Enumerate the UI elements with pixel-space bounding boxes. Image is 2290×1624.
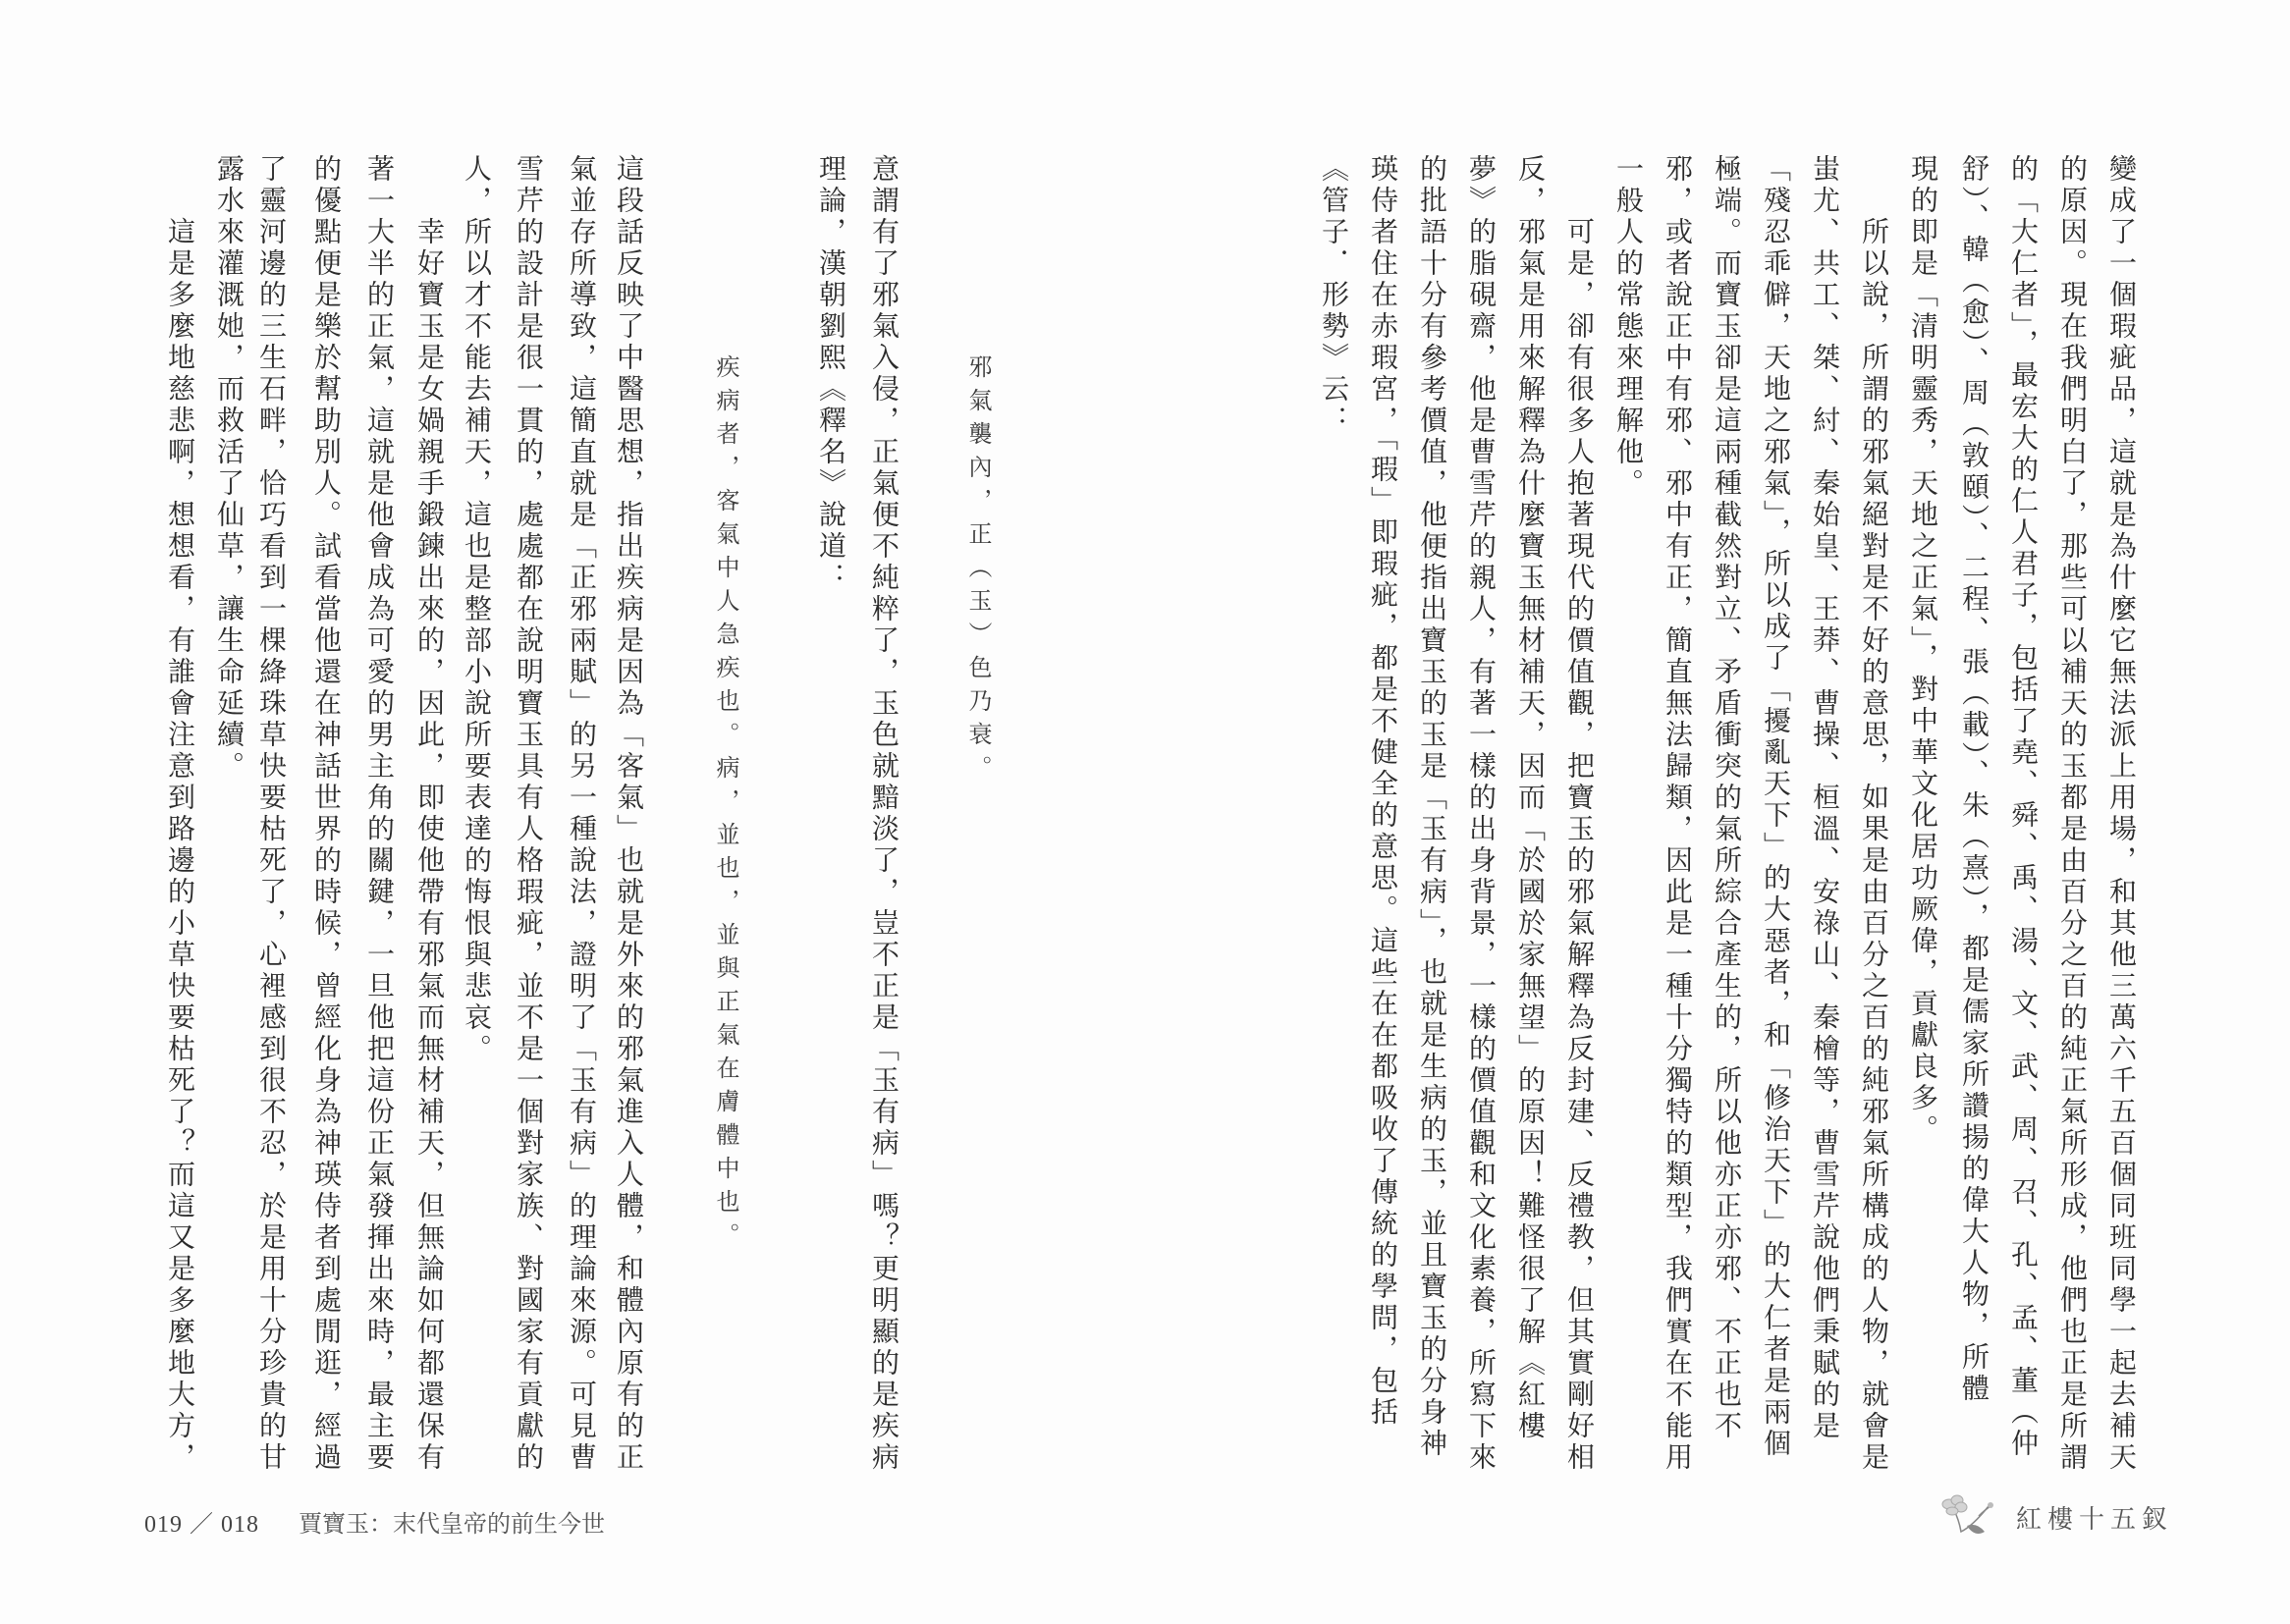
text-column: 極端。而寶玉卻是這兩種截然對立、矛盾衝突的氣所綜合產生的，所以他亦正亦邪、不正也… (1710, 154, 1743, 1442)
text-column: 了靈河邊的三生石畔，恰巧看到一棵絳珠草快要枯死了，心裡感到很不忍，於是用十分珍貴… (254, 154, 288, 1474)
series-title: 紅樓十五釵 (2016, 1499, 2173, 1536)
flower-branch-icon (1939, 1492, 2002, 1542)
text-column: 意謂有了邪氣入侵，正氣便不純粹了，玉色就黯淡了，豈不正是「玉有病」嗎？更明顯的是… (867, 154, 900, 1474)
text-column: 舒）、韓（愈）、周（敦頤）、二程、張（載）、朱（熹），都是儒家所讚揚的偉大人物，… (1957, 154, 1990, 1405)
right-page: 變成了一個瑕疵品，這就是為什麼它無法派上用場，和其他三萬六千五百個同班同學一起去… (1145, 0, 2290, 1624)
text-column: 幸好寶玉是女媧親手鍛鍊出來的，因此，即使他帶有邪氣而無材補天，但無論如何都還保有 (412, 217, 446, 1474)
text-column: 所以說，所謂的邪氣絕對是不好的意思，如果是由百分之百的純邪氣所構成的人物，就會是 (1857, 217, 1890, 1474)
text-column: 人，所以才不能去補天，這也是整部小說所要表達的悔恨與悲哀。 (460, 154, 493, 1065)
text-column: 的優點便是樂於幫助別人。試看當他還在神話世界的時候，曾經化身為神瑛侍者到處閒逛，… (309, 154, 343, 1474)
book-spread: 邪氣襲內，正（玉）色乃衰。意謂有了邪氣入侵，正氣便不純粹了，玉色就黯淡了，豈不正… (0, 0, 2290, 1624)
text-column: 一般人的常態來理解他。 (1611, 154, 1645, 500)
text-column: 「殘忍乖僻，天地之邪氣」，所以成了「擾亂天下」的大惡者，和「修治天下」的大仁者是… (1759, 154, 1792, 1460)
text-column: 《管子．形勢》云： (1317, 154, 1350, 437)
text-column: 雪芹的設計是很一貫的，處處都在說明寶玉具有人格瑕疵，並不是一個對家族、對國家有貢… (512, 154, 545, 1474)
page-numbers: 019 ／ 018 (144, 1504, 259, 1539)
text-column: 蚩尤、共工、桀、紂、秦始皇、王莽、曹操、桓溫、安祿山、秦檜等，曹雪芹說他們秉賦的… (1808, 154, 1841, 1442)
text-column: 反，邪氣是用來解釋為什麼寶玉無材補天，因而「於國於家無望」的原因！難怪很了解《紅… (1513, 154, 1547, 1442)
text-column: 這是多麼地慈悲啊，想想看，有誰會注意到路邊的小草快要枯死了？而這又是多麼地大方， (163, 217, 196, 1474)
left-page: 邪氣襲內，正（玉）色乃衰。意謂有了邪氣入侵，正氣便不純粹了，玉色就黯淡了，豈不正… (0, 0, 1145, 1624)
text-column: 瑛侍者住在赤瑕宮，「瑕」即瑕疵，都是不健全的意思。這些在在都吸收了傳統的學問，包… (1366, 154, 1399, 1429)
text-column: 邪，或者說正中有邪、邪中有正，簡直無法歸類，因此是一種十分獨特的類型，我們實在不… (1661, 154, 1694, 1474)
right-page-footer: 紅樓十五釵 (1939, 1492, 2173, 1542)
text-column: 的「大仁者」，最宏大的仁人君子，包括了堯、舜、禹、湯、文、武、周、召、孔、孟、董… (2006, 154, 2040, 1460)
block-quote-column: 邪氣襲內，正（玉）色乃衰。 (961, 354, 995, 788)
text-column: 現的即是「清明靈秀，天地之正氣」，對中華文化居功厥偉，貢獻良多。 (1906, 154, 1939, 1146)
text-column: 可是，卻有很多人抱著現代的價值觀，把寶玉的邪氣解釋為反封建、反禮教，但其實剛好相 (1562, 217, 1596, 1474)
text-column: 變成了一個瑕疵品，這就是為什麼它無法派上用場，和其他三萬六千五百個同班同學一起去… (2104, 154, 2138, 1474)
text-column: 夢》的脂硯齋，他是曹雪芹的親人，有著一樣的出身背景，一樣的價值觀和文化素養，所寫… (1464, 154, 1498, 1474)
text-column: 著一大半的正氣，這就是他會成為可愛的男主角的關鍵，一旦他把這份正氣發揮出來時，最… (362, 154, 396, 1474)
text-column: 理論，漢朝劉熙《釋名》說道： (814, 154, 847, 594)
text-column: 的原因。現在我們明白了，那些可以補天的玉都是由百分之百的純正氣所形成，他們也正是… (2055, 154, 2089, 1474)
left-page-footer: 019 ／ 018 賈寶玉：末代皇帝的前生今世 (144, 1504, 605, 1539)
text-column: 這段話反映了中醫思想，指出疾病是因為「客氣」也就是外來的邪氣進入人體，和體內原有… (612, 154, 645, 1474)
text-column: 的批語十分有參考價值，他便指出寶玉的玉是「玉有病」，也就是生病的玉，並且寶玉的分… (1415, 154, 1448, 1460)
text-column: 氣並存所導致，這簡直就是「正邪兩賦」的另一種說法，證明了「玉有病」的理論來源。可… (565, 154, 598, 1474)
text-column: 露水來灌溉她，而救活了仙草，讓生命延續。 (212, 154, 245, 783)
block-quote-column: 疾病者，客氣中人急疾也。病，並也，並與正氣在膚體中也。 (709, 354, 742, 1256)
running-book-title: 賈寶玉：末代皇帝的前生今世 (299, 1504, 605, 1539)
